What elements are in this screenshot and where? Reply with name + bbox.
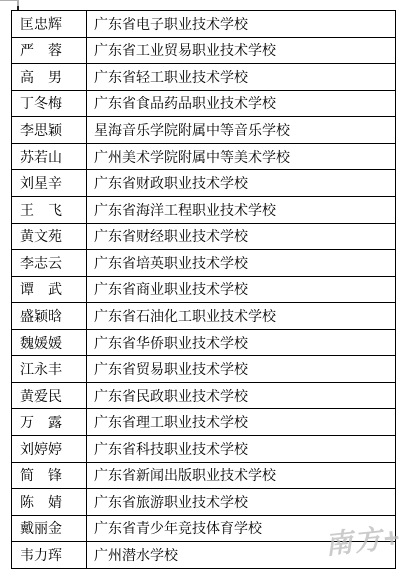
table-body: 匡忠辉 广东省电子职业技术学校 严 蓉 广东省工业贸易职业技术学校 高 男 广东… [12,11,396,569]
person-name: 刘婷婷 [12,436,87,463]
school-name: 广州潜水学校 [87,542,396,569]
table-row: 黄爱民 广东省民政职业技术学校 [12,382,396,409]
person-name: 韦力珲 [12,542,87,569]
table-row: 简 锋 广东省新闻出版职业技术学校 [12,462,396,489]
person-name: 魏媛媛 [12,329,87,356]
table-row: 严 蓉 广东省工业贸易职业技术学校 [12,37,396,64]
school-name: 广东省财经职业技术学校 [87,223,396,250]
school-name: 星海音乐学院附属中等音乐学校 [87,117,396,144]
person-name: 黄爱民 [12,382,87,409]
table-row: 盛颖晗 广东省石油化工职业技术学校 [12,303,396,330]
school-name: 广东省科技职业技术学校 [87,436,396,463]
name-school-table: 匡忠辉 广东省电子职业技术学校 严 蓉 广东省工业贸易职业技术学校 高 男 广东… [11,10,396,569]
school-name: 广州美术学院附属中等美术学校 [87,143,396,170]
school-name: 广东省食品药品职业技术学校 [87,90,396,117]
table-row: 高 男 广东省轻工职业技术学校 [12,64,396,91]
person-name: 苏若山 [12,143,87,170]
school-name: 广东省商业职业技术学校 [87,276,396,303]
person-name: 匡忠辉 [12,11,87,38]
school-name: 广东省华侨职业技术学校 [87,329,396,356]
person-name: 刘星辛 [12,170,87,197]
person-name: 严 蓉 [12,37,87,64]
table-row: 魏媛媛 广东省华侨职业技术学校 [12,329,396,356]
person-name: 王 飞 [12,196,87,223]
school-name: 广东省青少年竞技体育学校 [87,515,396,542]
person-name: 黄文苑 [12,223,87,250]
table-row: 万 露 广东省理工职业技术学校 [12,409,396,436]
school-name: 广东省工业贸易职业技术学校 [87,37,396,64]
table-row: 丁冬梅 广东省食品药品职业技术学校 [12,90,396,117]
table-row: 李志云 广东省培英职业技术学校 [12,250,396,277]
table-row: 韦力珲 广州潜水学校 [12,542,396,569]
table-row: 刘婷婷 广东省科技职业技术学校 [12,436,396,463]
person-name: 李思颖 [12,117,87,144]
school-name: 广东省贸易职业技术学校 [87,356,396,383]
table-row: 匡忠辉 广东省电子职业技术学校 [12,11,396,38]
table-row: 苏若山 广州美术学院附属中等美术学校 [12,143,396,170]
person-name: 陈 婧 [12,489,87,516]
school-name: 广东省轻工职业技术学校 [87,64,396,91]
person-name: 盛颖晗 [12,303,87,330]
table-row: 陈 婧 广东省旅游职业技术学校 [12,489,396,516]
person-name: 谭 武 [12,276,87,303]
person-name: 李志云 [12,250,87,277]
school-name: 广东省新闻出版职业技术学校 [87,462,396,489]
school-name: 广东省海洋工程职业技术学校 [87,196,396,223]
person-name: 戴丽金 [12,515,87,542]
table-row: 戴丽金 广东省青少年竞技体育学校 [12,515,396,542]
person-name: 简 锋 [12,462,87,489]
person-name: 万 露 [12,409,87,436]
school-name: 广东省旅游职业技术学校 [87,489,396,516]
table-row: 谭 武 广东省商业职业技术学校 [12,276,396,303]
person-name: 高 男 [12,64,87,91]
table-row: 刘星辛 广东省财政职业技术学校 [12,170,396,197]
table-row: 黄文苑 广东省财经职业技术学校 [12,223,396,250]
school-name: 广东省财政职业技术学校 [87,170,396,197]
table-row: 江永丰 广东省贸易职业技术学校 [12,356,396,383]
school-name: 广东省培英职业技术学校 [87,250,396,277]
school-name: 广东省民政职业技术学校 [87,382,396,409]
table-row: 王 飞 广东省海洋工程职业技术学校 [12,196,396,223]
document-page: 匡忠辉 广东省电子职业技术学校 严 蓉 广东省工业贸易职业技术学校 高 男 广东… [0,0,401,576]
school-name: 广东省理工职业技术学校 [87,409,396,436]
person-name: 丁冬梅 [12,90,87,117]
school-name: 广东省石油化工职业技术学校 [87,303,396,330]
school-name: 广东省电子职业技术学校 [87,11,396,38]
person-name: 江永丰 [12,356,87,383]
table-row: 李思颖 星海音乐学院附属中等音乐学校 [12,117,396,144]
